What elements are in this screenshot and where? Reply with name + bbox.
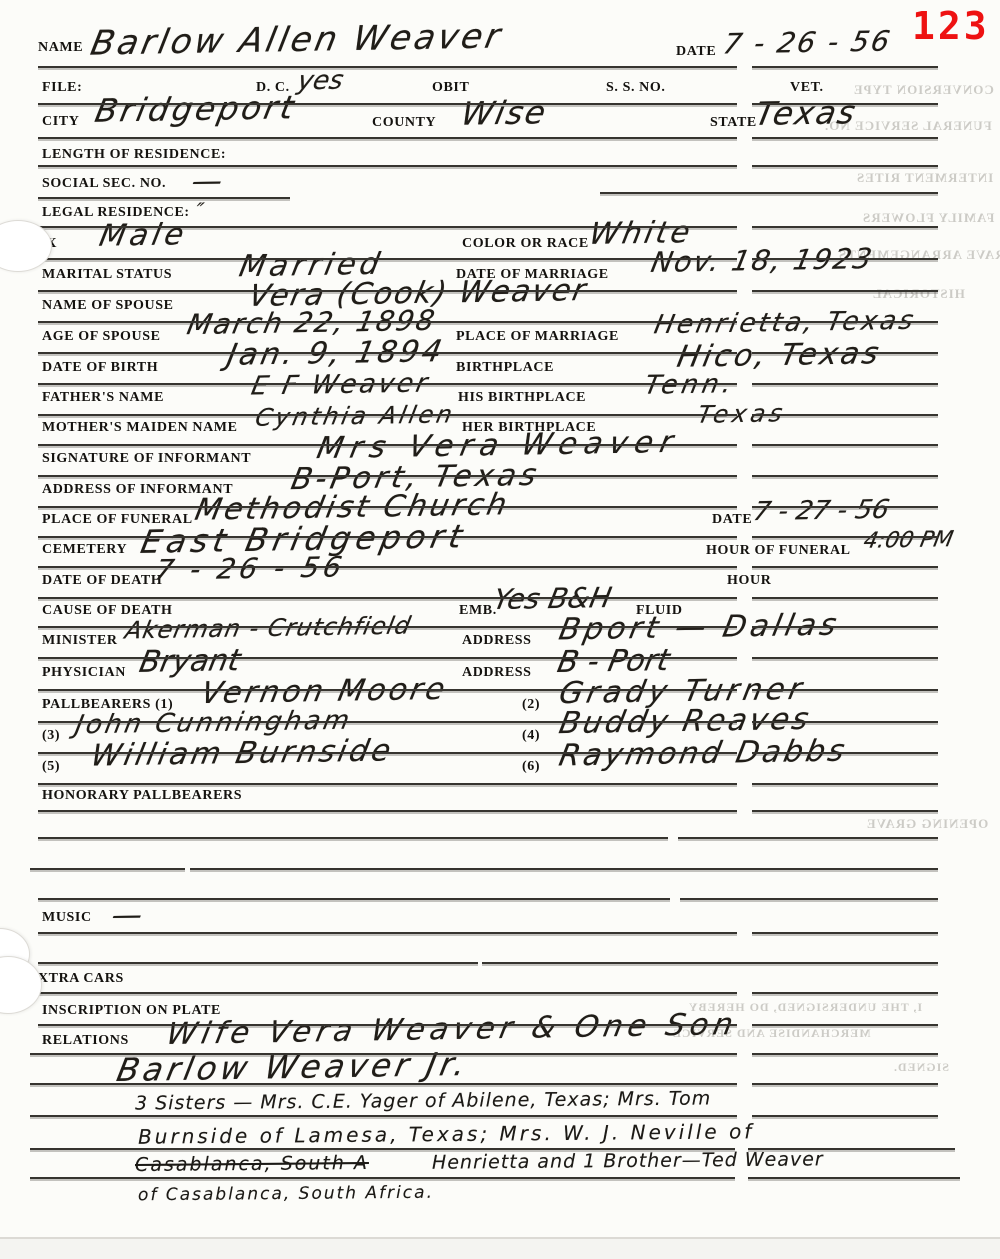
rule [752,137,938,139]
mothers-maiden-name-value: Cynthia Allen [253,400,458,431]
rule [38,414,737,416]
mothers-maiden-name-label: MOTHER'S MAIDEN NAME [42,420,238,436]
rule [38,962,478,964]
pallbearers-2-label: (2) [522,697,540,713]
state-value: Texas [752,93,860,133]
rule [748,1148,955,1150]
rule [38,536,737,538]
rule [748,1177,960,1179]
rule [752,258,938,260]
rule [38,1024,737,1026]
honorary-pallbearers-label: HONORARY PALLBEARERS [42,788,242,804]
rule [38,197,290,199]
name-value: Barlow Allen Weaver [87,16,506,63]
rule [680,898,938,900]
rule [38,137,737,139]
rule [38,932,737,934]
rule [30,868,185,870]
social-sec-no-value: — [189,164,226,200]
extra-cars-label: EXTRA CARS [28,971,124,987]
rule [752,689,938,691]
rule [678,837,938,839]
pallbearers-5-label: (5) [42,759,60,775]
relations-line5-struck: Casablanca, South A [135,1152,369,1176]
county-value: Wise [458,93,551,132]
rule [38,506,737,508]
rule [600,192,938,194]
minister-value: Akerman - Crutchfield [123,612,414,645]
hour-label: HOUR [727,573,771,589]
rule [30,1115,737,1117]
rule [38,475,737,477]
date-of-death-label: DATE OF DEATH [42,573,162,589]
funeral-date-value: 7 - 27 - 56 [751,495,892,527]
his-birthplace-label: HIS BIRTHPLACE [458,390,586,406]
rule [752,1083,938,1085]
sex-value: Male [96,217,190,254]
rule [38,66,737,68]
city-value: Bridgeport [92,88,300,129]
rule [752,626,938,628]
rule [482,962,938,964]
rule [38,752,737,754]
color-or-race-label: COLOR OR RACE [462,236,589,252]
rule [752,783,938,785]
rule [38,626,737,628]
physician-label: PHYSICIAN [42,665,126,681]
county-label: COUNTY [372,115,436,131]
rule [752,66,938,68]
rule [752,657,938,659]
rule [752,597,938,599]
rule [752,1053,938,1055]
rule [752,566,938,568]
rule [190,868,938,870]
rule [38,721,737,723]
rule [30,1148,735,1150]
rule [30,992,737,994]
page-number: 123 [912,4,990,48]
rule [38,321,737,323]
name-of-spouse-label: NAME OF SPOUSE [42,298,174,314]
rule [752,932,938,934]
rule [752,165,938,167]
relations-line5: Henrietta and 1 Brother—Ted Weaver [432,1148,824,1173]
pallbearers-6-label: (6) [522,759,540,775]
rule [752,536,938,538]
signature-of-informant-label: SIGNATURE OF INFORMANT [42,451,251,467]
marital-status-label: MARITAL STATUS [42,267,172,283]
music-label: MUSIC [42,910,92,926]
rule [38,837,668,839]
paper-margin [0,1239,1000,1259]
rule [38,597,737,599]
place-of-marriage-label: PLACE OF MARRIAGE [456,329,619,345]
rule [38,566,737,568]
city-label: CITY [42,114,79,130]
rule [38,810,737,812]
fathers-name-value: E F Weaver [249,368,433,401]
funeral-record-form: 123 CONVERSION TYPE FUNERAL SERVICE NO. … [0,0,1000,1259]
rule [38,444,737,446]
rule [752,475,938,477]
date-of-marriage-value: Nov. 18, 1923 [648,242,876,279]
ssno-label: S. S. NO. [606,80,665,96]
bleedthrough-text: OPENING GRAVE [866,816,988,832]
dc-value: yes [295,66,346,97]
rule [38,258,737,260]
rule [38,383,737,385]
rule [752,226,938,228]
rule [30,1177,735,1179]
relations-line4: Burnside of Lamesa, Texas; Mrs. W. J. Ne… [138,1119,754,1148]
relations-label: RELATIONS [42,1033,129,1049]
pallbearers-3-label: (3) [42,728,60,744]
relations-line3: 3 Sisters — Mrs. C.E. Yager of Abilene, … [135,1087,711,1114]
rule [752,721,938,723]
rule [38,898,670,900]
rule [38,657,737,659]
relations-line6: of Casablanca, South Africa. [138,1183,434,1206]
his-birthplace-value: Tenn. [642,369,738,401]
rule [38,165,737,167]
bleedthrough-text: HISTORICAL [872,286,965,302]
fathers-name-label: FATHER'S NAME [42,390,164,406]
rule [752,810,938,812]
pallbearers-4-label: (4) [522,728,540,744]
rule [752,352,938,354]
rule [38,290,737,292]
music-value: — [109,898,146,934]
obit-label: OBIT [432,80,469,96]
birthplace-label: BIRTHPLACE [456,360,554,376]
date-label: DATE [676,44,716,60]
minister-label: MINISTER [42,633,118,649]
rule [752,444,938,446]
rule [38,783,737,785]
rule [752,506,938,508]
rule [30,1083,737,1085]
legal-residence-value: ″ [194,198,206,222]
age-of-spouse-label: AGE OF SPOUSE [42,329,161,345]
physician-address-label: ADDRESS [462,665,532,681]
hole-punch [0,956,42,1014]
length-of-residence-label: LENGTH OF RESIDENCE: [42,147,226,163]
bleedthrough-text: CONVERSION TYPE [853,82,994,98]
date-value: 7 - 26 - 56 [720,25,894,61]
rule [38,352,737,354]
rule [752,383,938,385]
rule [30,1053,737,1055]
rule [752,752,938,754]
bleedthrough-text: INTERMENT RITES [856,170,993,186]
hour-of-funeral-label: HOUR OF FUNERAL [706,543,851,559]
physician-value: Bryant [136,643,243,680]
rule [38,103,737,105]
cemetery-label: CEMETERY [42,542,127,558]
place-of-marriage-value: Henrietta, Texas [652,306,919,341]
funeral-date-label: DATE [712,512,752,528]
rule [752,1024,938,1026]
social-sec-no-label: SOCIAL SEC. NO. [42,176,166,192]
state-label: STATE [710,115,757,131]
rule [752,321,938,323]
hour-of-funeral-value: 4:00 PM [861,527,955,554]
rule [38,226,737,228]
file-label: FILE: [42,80,82,96]
minister-address-label: ADDRESS [462,633,532,649]
date-of-death-value: 7 - 26 - 56 [152,550,348,586]
rule [752,103,938,105]
date-of-birth-label: DATE OF BIRTH [42,360,158,376]
rule [38,689,737,691]
rule [752,414,938,416]
rule [752,1115,938,1117]
bleedthrough-text: FAMILY FLOWERS [862,210,994,226]
bleedthrough-text: SIGNED. [893,1060,949,1075]
name-label: NAME [38,40,83,56]
rule [752,290,938,292]
rule [752,992,938,994]
